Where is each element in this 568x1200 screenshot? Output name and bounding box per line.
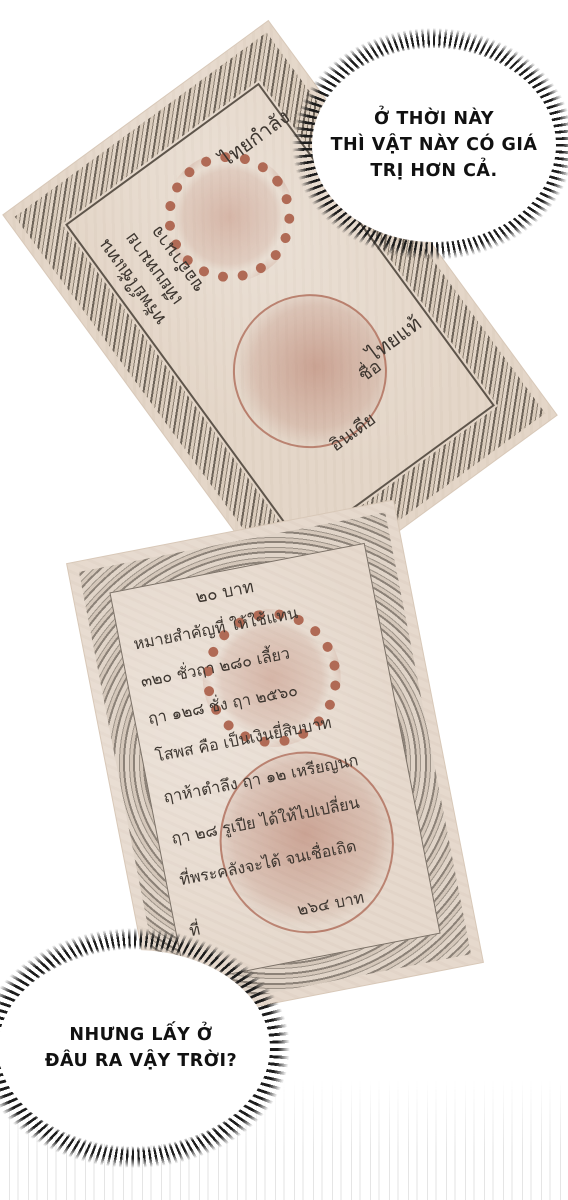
speech-text: NHƯNG LẤY Ở ĐÂU RA VẬY TRỜI? (45, 1022, 237, 1074)
speech-bubble-bottom: NHƯNG LẤY Ở ĐÂU RA VẬY TRỜI? (0, 950, 270, 1146)
speech-bubble-top: Ở THỜI NÀY THÌ VẬT NÀY CÓ GIÁ TRỊ HƠN CẢ… (312, 48, 556, 242)
speech-text: Ở THỜI NÀY THÌ VẬT NÀY CÓ GIÁ TRỊ HƠN CẢ… (331, 106, 538, 184)
